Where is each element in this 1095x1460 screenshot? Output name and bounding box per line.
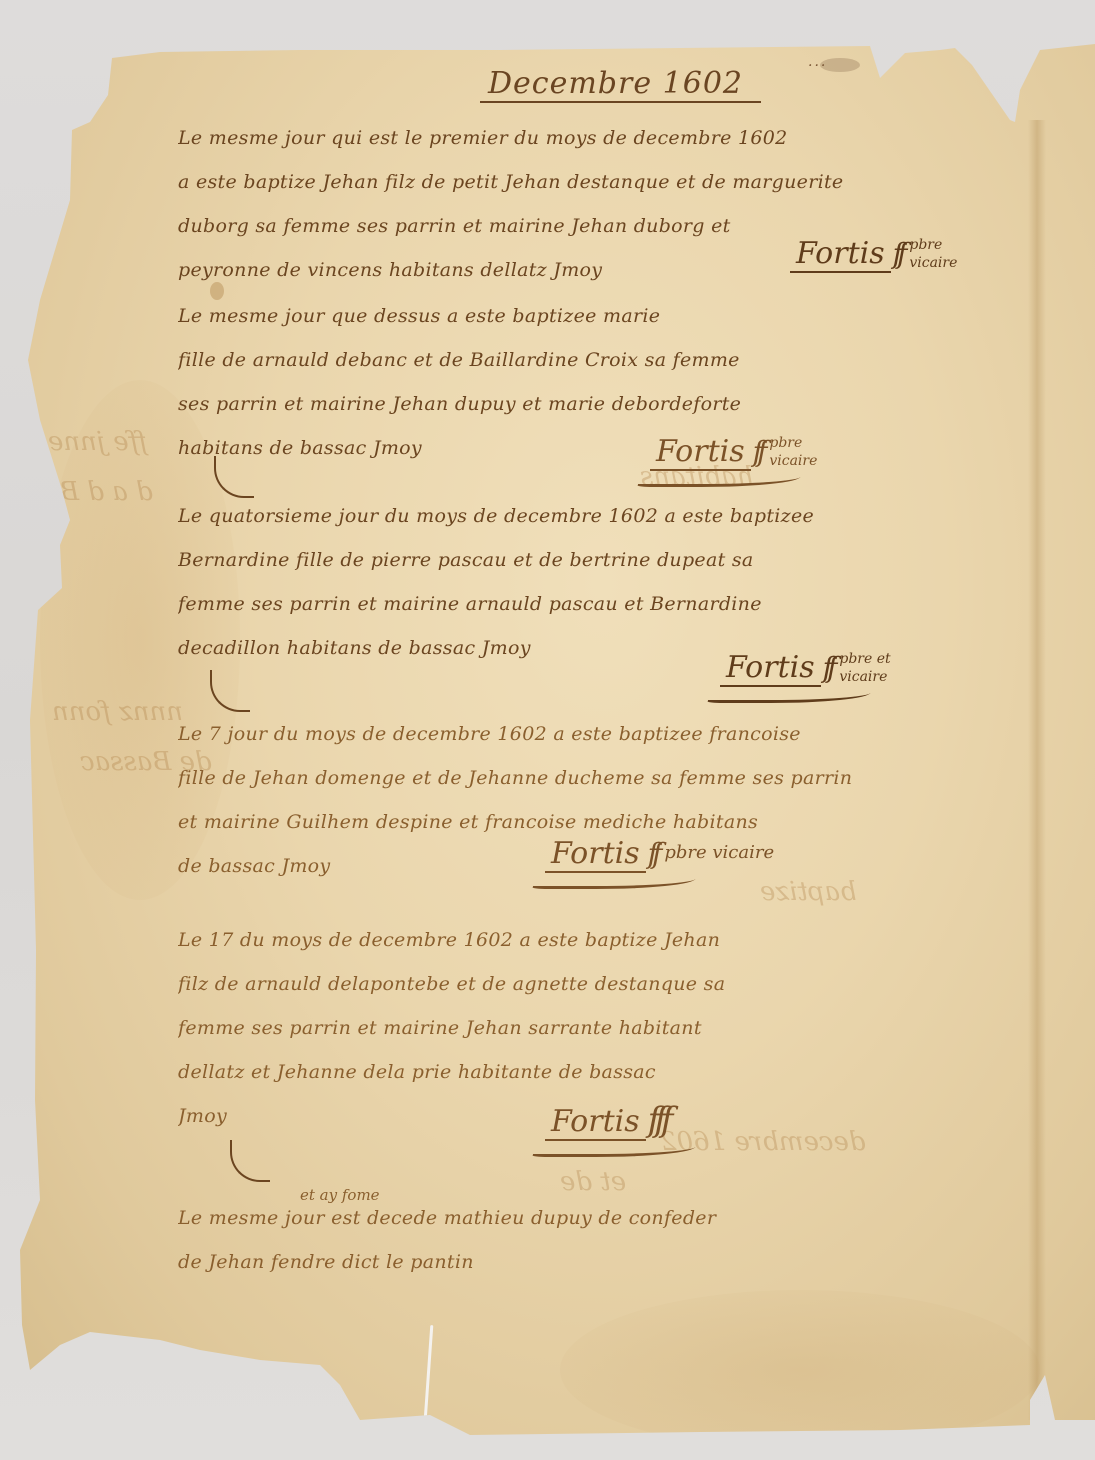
entry-line: femme ses parrin et mairine arnauld pasc…	[178, 582, 978, 626]
entry-line: fille de Jehan domenge et de Jehanne duc…	[178, 756, 978, 800]
signature-title: pbre vicaire	[664, 836, 774, 870]
signature-mark: ff	[753, 435, 762, 468]
water-stain	[560, 1290, 1040, 1450]
entry-line: ses parrin et mairine Jehan dupuy et mar…	[178, 382, 978, 426]
signature-mark: ff	[648, 837, 657, 870]
signature-flourish	[637, 470, 803, 487]
entry-marker-icon	[210, 670, 250, 712]
signature-name: Fortis	[545, 836, 646, 873]
signature-title: pbre vicaire	[909, 236, 957, 272]
bleed-through-text: d a d B	[60, 470, 153, 514]
entry-marker-icon	[214, 456, 254, 498]
entry-marker-icon	[230, 1140, 270, 1182]
register-entry: Le mesme jour est decede mathieu dupuy d…	[178, 1196, 978, 1284]
manuscript-page: ffe jnne d a d B nnnz fonn de Bassac hab…	[0, 0, 1095, 1460]
corner-note: ...	[808, 54, 827, 70]
register-entry: Le mesme jour que dessus a este baptizee…	[178, 294, 978, 470]
entry-line: Le mesme jour est decede mathieu dupuy d…	[178, 1196, 978, 1240]
signature-name: Fortis	[790, 236, 891, 273]
signature-mark: ff	[823, 651, 832, 684]
paper-tear	[424, 1325, 434, 1420]
priest-signature: Fortisffpbre vicaire	[545, 836, 774, 873]
entry-line: Le 17 du moys de decembre 1602 a este ba…	[178, 918, 978, 962]
entry-line: dellatz et Jehanne dela prie habitante d…	[178, 1050, 978, 1094]
signature-mark: ff	[893, 237, 902, 270]
bleed-through-text: nnnz fonn	[52, 690, 183, 734]
entry-line: a este baptize Jehan filz de petit Jehan…	[178, 160, 978, 204]
entry-line: Le mesme jour qui est le premier du moys…	[178, 116, 978, 160]
entry-line: filz de arnauld delapontebe et de agnett…	[178, 962, 978, 1006]
entry-line: Le mesme jour que dessus a este baptizee…	[178, 294, 978, 338]
page-heading: Decembre 1602	[480, 66, 761, 103]
signature-mark: fff	[648, 1100, 668, 1140]
entry-line: Le quatorsieme jour du moys de decembre …	[178, 494, 978, 538]
entry-line: de Jehan fendre dict le pantin	[178, 1240, 978, 1284]
signature-name: Fortis	[720, 650, 821, 687]
fold-crease	[1028, 120, 1046, 1420]
entry-line: fille de arnauld debanc et de Baillardin…	[178, 338, 978, 382]
signature-flourish	[707, 686, 873, 703]
entry-line: habitans de bassac Jmoy	[178, 426, 978, 470]
signature-title: pbre et vicaire	[839, 650, 890, 686]
priest-signature: Fortisffpbre vicaire	[790, 236, 957, 273]
bleed-through-text: ffe jnne	[48, 420, 147, 464]
priest-signature: Fortisffpbre vicaire	[650, 434, 817, 471]
signature-name: Fortis	[650, 434, 751, 471]
priest-signature: Fortisffpbre et vicaire	[720, 650, 891, 687]
signature-title: pbre vicaire	[769, 434, 817, 470]
entry-line: Le 7 jour du moys de decembre 1602 a est…	[178, 712, 978, 756]
entry-line: femme ses parrin et mairine Jehan sarran…	[178, 1006, 978, 1050]
register-entry: Le quatorsieme jour du moys de decembre …	[178, 494, 978, 670]
priest-signature: Fortisfff	[545, 1100, 667, 1141]
signature-name: Fortis	[545, 1104, 646, 1141]
entry-line: Bernardine fille de pierre pascau et de …	[178, 538, 978, 582]
